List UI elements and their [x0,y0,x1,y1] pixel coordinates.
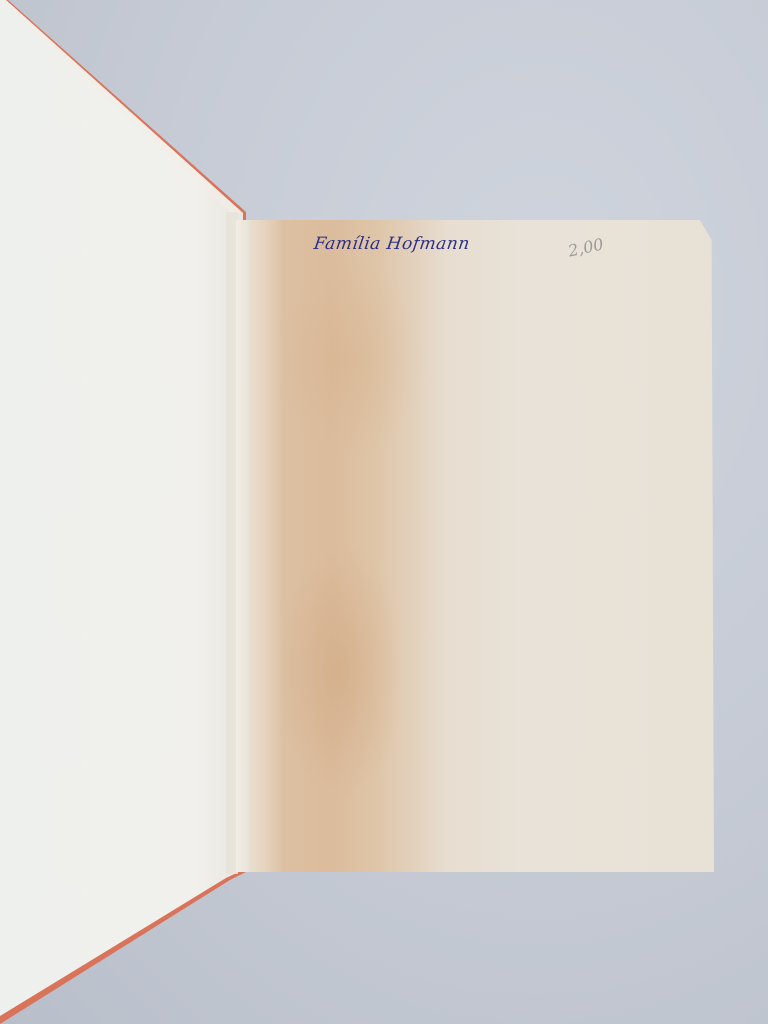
handwritten-price: 2,00 [566,235,605,261]
foxing-stain-bottom [276,540,406,800]
page-gutter [236,220,250,872]
book-page: Família Hofmann 2,00 [236,220,714,872]
handwritten-owner-name: Família Hofmann [313,234,472,254]
foxing-stain-top [276,260,426,460]
